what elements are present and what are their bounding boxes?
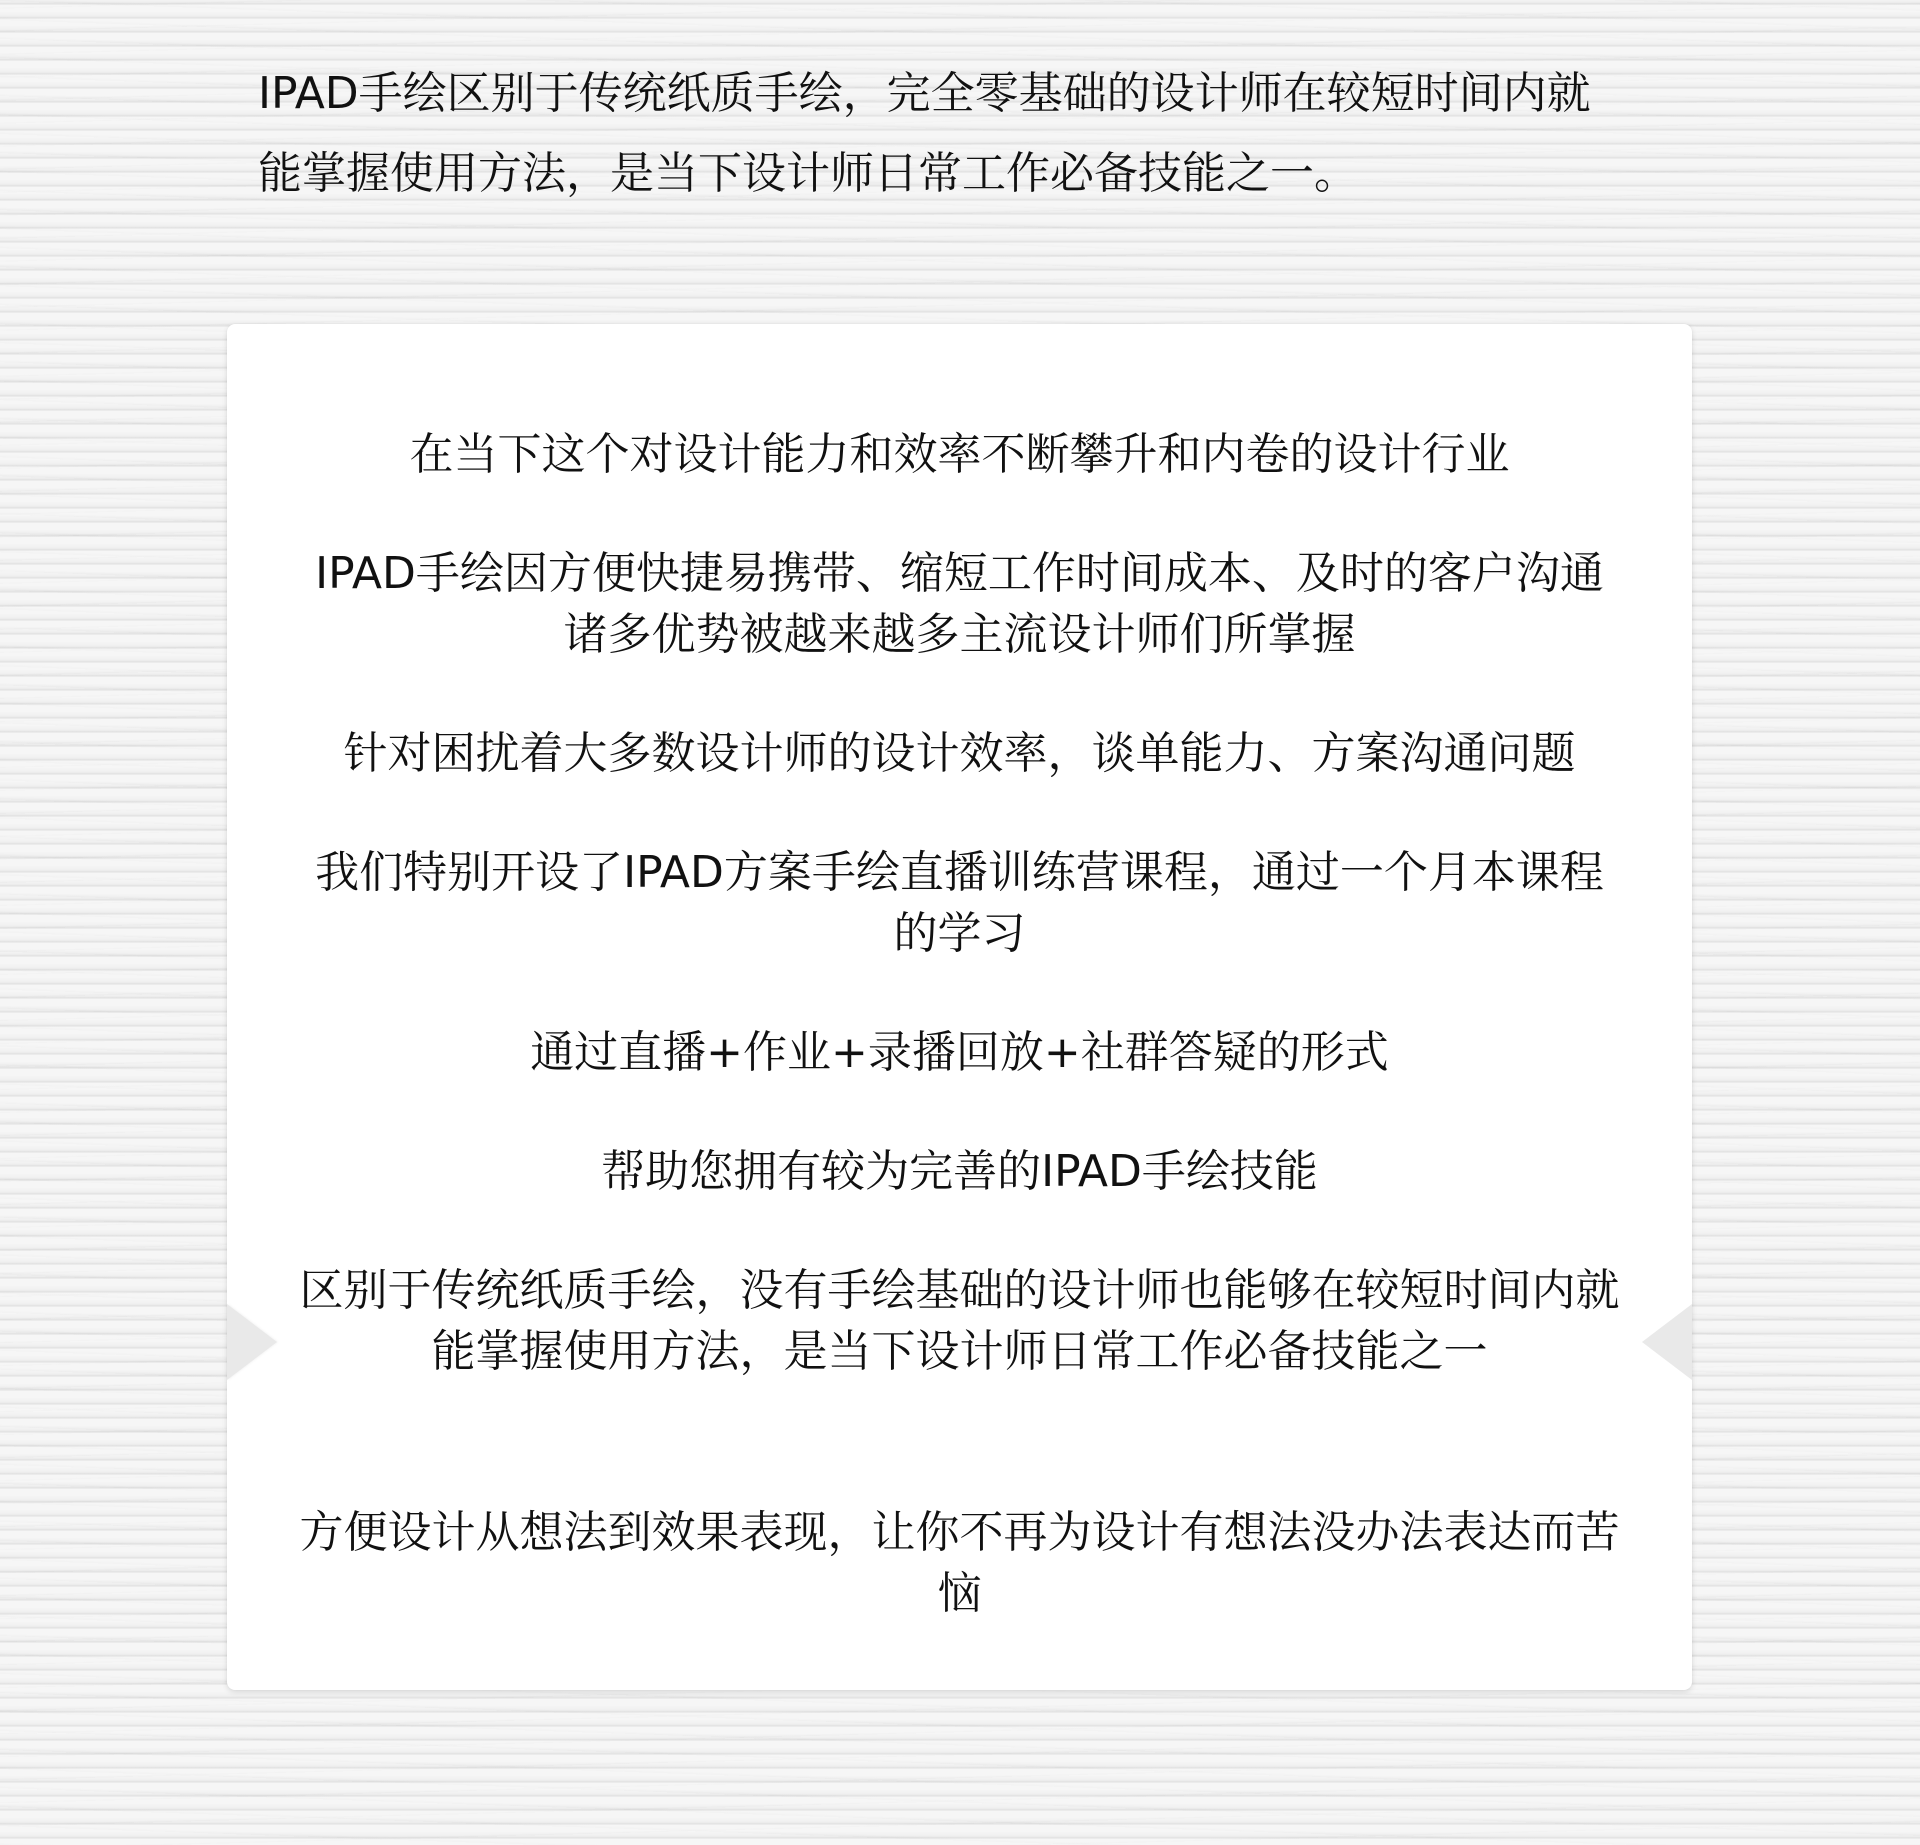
card-body: 在当下这个对设计能力和效率不断攀升和内卷的设计行业 IPAD手绘因方便快捷易携带… [297, 424, 1622, 1624]
paragraph-skills: 帮助您拥有较为完善的IPAD手绘技能 [297, 1141, 1622, 1202]
paragraph-format: 通过直播+作业+录播回放+社群答疑的形式 [297, 1022, 1622, 1083]
paragraph-industry: 在当下这个对设计能力和效率不断攀升和内卷的设计行业 [297, 424, 1622, 485]
paragraph-convenience: 方便设计从想法到效果表现，让你不再为设计有想法没办法表达而苦恼 [297, 1502, 1622, 1624]
card-notch-left [227, 1304, 277, 1380]
intro-line-2: 能掌握使用方法，是当下设计师日常工作必备技能之一。 [258, 134, 1678, 214]
paragraph-course: 我们特别开设了IPAD方案手绘直播训练营课程，通过一个月本课程的学习 [297, 842, 1622, 964]
card-notch-right [1642, 1304, 1692, 1380]
intro-text: IPAD手绘区别于传统纸质手绘，完全零基础的设计师在较短时间内就 能掌握使用方法… [258, 54, 1678, 214]
content-card: 在当下这个对设计能力和效率不断攀升和内卷的设计行业 IPAD手绘因方便快捷易携带… [227, 324, 1692, 1690]
paragraph-problems: 针对困扰着大多数设计师的设计效率，谈单能力、方案沟通问题 [297, 723, 1622, 784]
paragraph-advantages: IPAD手绘因方便快捷易携带、缩短工作时间成本、及时的客户沟通诸多优势被越来越多… [297, 543, 1622, 665]
paragraph-difference: 区别于传统纸质手绘，没有手绘基础的设计师也能够在较短时间内就能掌握使用方法，是当… [297, 1260, 1622, 1382]
intro-line-1: IPAD手绘区别于传统纸质手绘，完全零基础的设计师在较短时间内就 [258, 54, 1678, 134]
